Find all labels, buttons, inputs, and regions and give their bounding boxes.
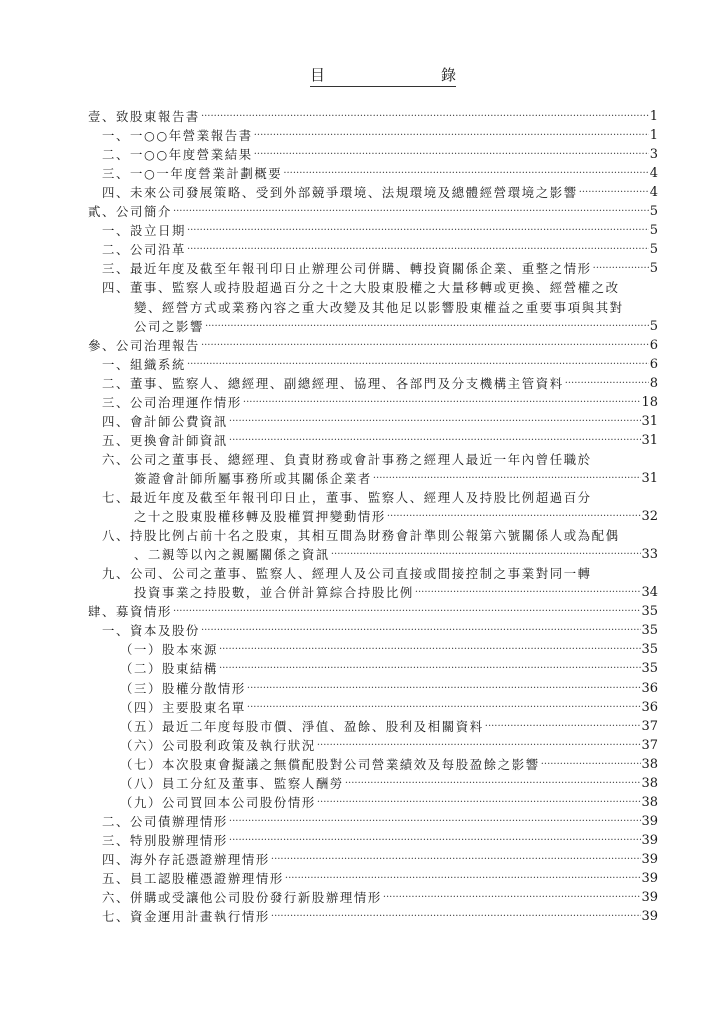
toc-page-number: 38 bbox=[641, 755, 658, 774]
toc-entry-text: 四、未來公司發展策略、受到外部競爭環境、法規環境及總體經營環境之影響 bbox=[102, 183, 578, 202]
toc-entry-text: 八、持股比例占前十名之股東，其相互間為財務會計準則公報第六號關係人或為配偶 bbox=[102, 526, 620, 545]
toc-entry[interactable]: 三、一○一年度營業計劃概要4 bbox=[102, 164, 658, 183]
dot-leader bbox=[578, 183, 649, 202]
toc-page-number: 31 bbox=[641, 431, 658, 450]
dot-leader bbox=[330, 545, 642, 564]
toc-entry[interactable]: 三、特別股辦理情形39 bbox=[102, 831, 658, 850]
toc-entry[interactable]: 四、會計師公費資訊31 bbox=[102, 412, 658, 431]
dot-leader bbox=[270, 907, 642, 926]
toc-entry-text: 六、公司之董事長、總經理、負責財務或會計事務之經理人最近一年內曾任職於 bbox=[102, 450, 592, 469]
toc-entry[interactable]: 一、一○○年營業報告書1 bbox=[102, 126, 658, 145]
toc-entry[interactable]: 一、設立日期5 bbox=[102, 221, 658, 240]
toc-entry-text: 之十之股東股權移轉及股權質押變動情形 bbox=[134, 507, 386, 526]
toc-page-number: 5 bbox=[649, 221, 658, 240]
toc-entry[interactable]: 一、組織系統6 bbox=[102, 355, 658, 374]
toc-entry[interactable]: 貳、公司簡介5 bbox=[88, 202, 658, 221]
dot-leader bbox=[284, 869, 642, 888]
toc-page-number: 6 bbox=[649, 336, 658, 355]
toc-entry[interactable]: 七、資金運用計畫執行情形39 bbox=[102, 907, 658, 926]
toc-entry-text: （八）員工分紅及董事、監察人酬勞 bbox=[120, 774, 344, 793]
toc-entry[interactable]: 八、持股比例占前十名之股東，其相互間為財務會計準則公報第六號關係人或為配偶 bbox=[102, 526, 620, 545]
toc-page-number: 31 bbox=[641, 469, 658, 488]
toc-entry-text: 四、會計師公費資訊 bbox=[102, 412, 228, 431]
toc-page-number: 39 bbox=[641, 812, 658, 831]
toc-page-number: 35 bbox=[641, 602, 658, 621]
dot-leader bbox=[316, 736, 642, 755]
dot-leader bbox=[372, 469, 642, 488]
dot-leader bbox=[540, 755, 642, 774]
dot-leader bbox=[246, 679, 642, 698]
toc-entry-text: 投資事業之持股數，並合併計算綜合持股比例 bbox=[134, 583, 414, 602]
toc-entry[interactable]: （四）主要股東名單36 bbox=[120, 698, 658, 717]
toc-entry-text: 四、董事、監察人或持股超過百分之十之大股東股權之大量移轉或更換、經營權之改 bbox=[102, 278, 620, 297]
toc-entry-text: 二、董事、監察人、總經理、副總經理、協理、各部門及分支機構主管資料 bbox=[102, 374, 564, 393]
toc-page-number: 5 bbox=[649, 317, 658, 336]
dot-leader bbox=[484, 717, 642, 736]
toc-entry[interactable]: 一、資本及股份35 bbox=[102, 621, 658, 640]
toc-entry[interactable]: 四、海外存託憑證辦理情形39 bbox=[102, 850, 658, 869]
toc-page-number: 4 bbox=[649, 164, 658, 183]
dot-leader bbox=[218, 640, 642, 659]
dot-leader bbox=[200, 107, 649, 126]
toc-entry-text: 參、公司治理報告 bbox=[88, 336, 200, 355]
toc-entry-text: 四、海外存託憑證辦理情形 bbox=[102, 850, 270, 869]
toc-entry[interactable]: （五）最近二年度每股市價、淨值、盈餘、股利及相關資料37 bbox=[120, 717, 658, 736]
toc-entry[interactable]: 參、公司治理報告6 bbox=[88, 336, 658, 355]
toc-entry-text: 簽證會計師所屬事務所或其關係企業者 bbox=[134, 469, 372, 488]
toc-entry[interactable]: 二、董事、監察人、總經理、副總經理、協理、各部門及分支機構主管資料8 bbox=[102, 374, 658, 393]
dot-leader bbox=[386, 507, 642, 526]
toc-entry[interactable]: 三、公司治理運作情形18 bbox=[102, 393, 658, 412]
toc-entry[interactable]: （八）員工分紅及董事、監察人酬勞38 bbox=[120, 774, 658, 793]
toc-page-number: 38 bbox=[641, 774, 658, 793]
toc-page-number: 36 bbox=[641, 679, 658, 698]
toc-page-number: 34 bbox=[641, 583, 658, 602]
dot-leader bbox=[253, 145, 649, 164]
toc-entry[interactable]: 變、經營方式或業務內容之重大改變及其他足以影響股東權益之重要事項與其對 bbox=[134, 298, 624, 317]
toc-entry-text: （三）股權分散情形 bbox=[120, 679, 246, 698]
toc-page-number: 1 bbox=[649, 107, 658, 126]
toc-entry-text: 一、組織系統 bbox=[102, 355, 186, 374]
dot-leader bbox=[200, 621, 642, 640]
dot-leader bbox=[592, 259, 649, 278]
toc-entry-text: 七、最近年度及截至年報刊印日止，董事、監察人、經理人及持股比例超過百分 bbox=[102, 488, 592, 507]
toc-page-number: 35 bbox=[641, 659, 658, 678]
toc-entry-text: 一、設立日期 bbox=[102, 221, 186, 240]
dot-leader bbox=[282, 164, 649, 183]
dot-leader bbox=[414, 583, 642, 602]
toc-page-number: 5 bbox=[649, 259, 658, 278]
toc-title: 目 錄 bbox=[310, 66, 456, 87]
toc-entry-text: 五、員工認股權憑證辦理情形 bbox=[102, 869, 284, 888]
toc-page-number: 36 bbox=[641, 698, 658, 717]
dot-leader bbox=[564, 374, 649, 393]
dot-leader bbox=[246, 698, 642, 717]
dot-leader bbox=[186, 355, 649, 374]
toc-entry[interactable]: 、二親等以內之親屬關係之資訊33 bbox=[134, 545, 658, 564]
dot-leader bbox=[172, 202, 649, 221]
toc-entry[interactable]: （三）股權分散情形36 bbox=[120, 679, 658, 698]
toc-entry[interactable]: 六、公司之董事長、總經理、負責財務或會計事務之經理人最近一年內曾任職於 bbox=[102, 450, 592, 469]
toc-page-number: 33 bbox=[641, 545, 658, 564]
toc-page-number: 3 bbox=[649, 145, 658, 164]
dot-leader bbox=[253, 126, 649, 145]
toc-entry-text: 肆、募資情形 bbox=[88, 602, 172, 621]
toc-entry[interactable]: 九、公司、公司之董事、監察人、經理人及公司直接或間接控制之事業對同一轉 bbox=[102, 564, 592, 583]
toc-entry-text: （四）主要股東名單 bbox=[120, 698, 246, 717]
toc-entry[interactable]: （九）公司買回本公司股份情形38 bbox=[120, 793, 658, 812]
dot-leader bbox=[316, 793, 642, 812]
toc-page-number: 39 bbox=[641, 869, 658, 888]
toc-entry[interactable]: 五、員工認股權憑證辦理情形39 bbox=[102, 869, 658, 888]
toc-entry[interactable]: 四、未來公司發展策略、受到外部競爭環境、法規環境及總體經營環境之影響4 bbox=[102, 183, 658, 202]
dot-leader bbox=[186, 221, 649, 240]
toc-entry-text: （六）公司股利政策及執行狀況 bbox=[120, 736, 316, 755]
toc-entry-text: 三、最近年度及截至年報刊印日止辦理公司併購、轉投資關係企業、重整之情形 bbox=[102, 259, 592, 278]
toc-entry-text: （一）股本來源 bbox=[120, 640, 218, 659]
toc-page-number: 35 bbox=[641, 640, 658, 659]
toc-entry[interactable]: 肆、募資情形35 bbox=[88, 602, 658, 621]
toc-entry-text: 三、一○一年度營業計劃概要 bbox=[102, 164, 282, 183]
dot-leader bbox=[200, 336, 649, 355]
toc-entry-text: 貳、公司簡介 bbox=[88, 202, 172, 221]
toc-entry-text: 二、公司債辦理情形 bbox=[102, 812, 228, 831]
toc-entry-text: 壹、致股東報告書 bbox=[88, 107, 200, 126]
toc-title-left: 目 bbox=[310, 66, 325, 84]
toc-page-number: 35 bbox=[641, 621, 658, 640]
toc-entry-text: 三、特別股辦理情形 bbox=[102, 831, 228, 850]
toc-page-number: 39 bbox=[641, 831, 658, 850]
toc-entry[interactable]: （一）股本來源35 bbox=[120, 640, 658, 659]
toc-entry[interactable]: （六）公司股利政策及執行狀況37 bbox=[120, 736, 658, 755]
dot-leader bbox=[228, 431, 642, 450]
toc-page-number: 5 bbox=[649, 240, 658, 259]
dot-leader bbox=[270, 850, 642, 869]
dot-leader bbox=[228, 831, 642, 850]
toc-page-number: 31 bbox=[641, 412, 658, 431]
toc-page-number: 5 bbox=[649, 202, 658, 221]
toc-entry[interactable]: 壹、致股東報告書1 bbox=[88, 107, 658, 126]
dot-leader bbox=[218, 659, 642, 678]
toc-entry-text: 一、資本及股份 bbox=[102, 621, 200, 640]
dot-leader bbox=[228, 412, 642, 431]
toc-entry[interactable]: 二、公司債辦理情形39 bbox=[102, 812, 658, 831]
toc-entry-text: 六、併購或受讓他公司股份發行新股辦理情形 bbox=[102, 888, 382, 907]
toc-entry[interactable]: 二、一○○年度營業結果3 bbox=[102, 145, 658, 164]
dot-leader bbox=[382, 888, 642, 907]
toc-page-number: 32 bbox=[641, 507, 658, 526]
toc-entry[interactable]: 公司之影響5 bbox=[134, 317, 658, 336]
toc-entry-text: 一、一○○年營業報告書 bbox=[102, 126, 253, 145]
toc-page-number: 39 bbox=[641, 850, 658, 869]
toc-entry-text: （九）公司買回本公司股份情形 bbox=[120, 793, 316, 812]
toc-entry-text: 九、公司、公司之董事、監察人、經理人及公司直接或間接控制之事業對同一轉 bbox=[102, 564, 592, 583]
toc-entry-text: 二、公司沿革 bbox=[102, 240, 186, 259]
toc-page-number: 1 bbox=[649, 126, 658, 145]
toc-entry[interactable]: 二、公司沿革5 bbox=[102, 240, 658, 259]
toc-entry-text: （二）股東結構 bbox=[120, 659, 218, 678]
toc-entry-text: 變、經營方式或業務內容之重大改變及其他足以影響股東權益之重要事項與其對 bbox=[134, 298, 624, 317]
toc-entry[interactable]: 三、最近年度及截至年報刊印日止辦理公司併購、轉投資關係企業、重整之情形5 bbox=[102, 259, 658, 278]
dot-leader bbox=[204, 317, 649, 336]
dot-leader bbox=[344, 774, 642, 793]
toc-entry-text: 二、一○○年度營業結果 bbox=[102, 145, 253, 164]
toc-entry[interactable]: 六、併購或受讓他公司股份發行新股辦理情形39 bbox=[102, 888, 658, 907]
toc-title-right: 錄 bbox=[441, 66, 456, 84]
toc-entry[interactable]: 簽證會計師所屬事務所或其關係企業者31 bbox=[134, 469, 658, 488]
toc-entry-text: （五）最近二年度每股市價、淨值、盈餘、股利及相關資料 bbox=[120, 717, 484, 736]
toc-entry-text: 五、更換會計師資訊 bbox=[102, 431, 228, 450]
toc-entry-text: 三、公司治理運作情形 bbox=[102, 393, 242, 412]
toc-entry[interactable]: 投資事業之持股數，並合併計算綜合持股比例34 bbox=[134, 583, 658, 602]
toc-entry-text: 、二親等以內之親屬關係之資訊 bbox=[134, 545, 330, 564]
toc-page-number: 38 bbox=[641, 793, 658, 812]
toc-page-number: 39 bbox=[641, 888, 658, 907]
dot-leader bbox=[228, 812, 642, 831]
toc-entry-text: （七）本次股東會擬議之無償配股對公司營業績效及每股盈餘之影響 bbox=[120, 755, 540, 774]
dot-leader bbox=[186, 240, 649, 259]
toc-page-number: 39 bbox=[641, 907, 658, 926]
toc-page-number: 37 bbox=[641, 717, 658, 736]
toc-entry[interactable]: （二）股東結構35 bbox=[120, 659, 658, 678]
toc-page-number: 18 bbox=[641, 393, 658, 412]
toc-entry[interactable]: 之十之股東股權移轉及股權質押變動情形32 bbox=[134, 507, 658, 526]
toc-entry[interactable]: 七、最近年度及截至年報刊印日止，董事、監察人、經理人及持股比例超過百分 bbox=[102, 488, 592, 507]
toc-entry[interactable]: （七）本次股東會擬議之無償配股對公司營業績效及每股盈餘之影響38 bbox=[120, 755, 658, 774]
toc-entry[interactable]: 五、更換會計師資訊31 bbox=[102, 431, 658, 450]
toc-page-number: 6 bbox=[649, 355, 658, 374]
toc-entry-text: 七、資金運用計畫執行情形 bbox=[102, 907, 270, 926]
toc-entry[interactable]: 四、董事、監察人或持股超過百分之十之大股東股權之大量移轉或更換、經營權之改 bbox=[102, 278, 620, 297]
toc-entry-text: 公司之影響 bbox=[134, 317, 204, 336]
dot-leader bbox=[242, 393, 642, 412]
toc-page-number: 8 bbox=[649, 374, 658, 393]
toc-page-number: 37 bbox=[641, 736, 658, 755]
toc-page-number: 4 bbox=[649, 183, 658, 202]
dot-leader bbox=[172, 602, 642, 621]
